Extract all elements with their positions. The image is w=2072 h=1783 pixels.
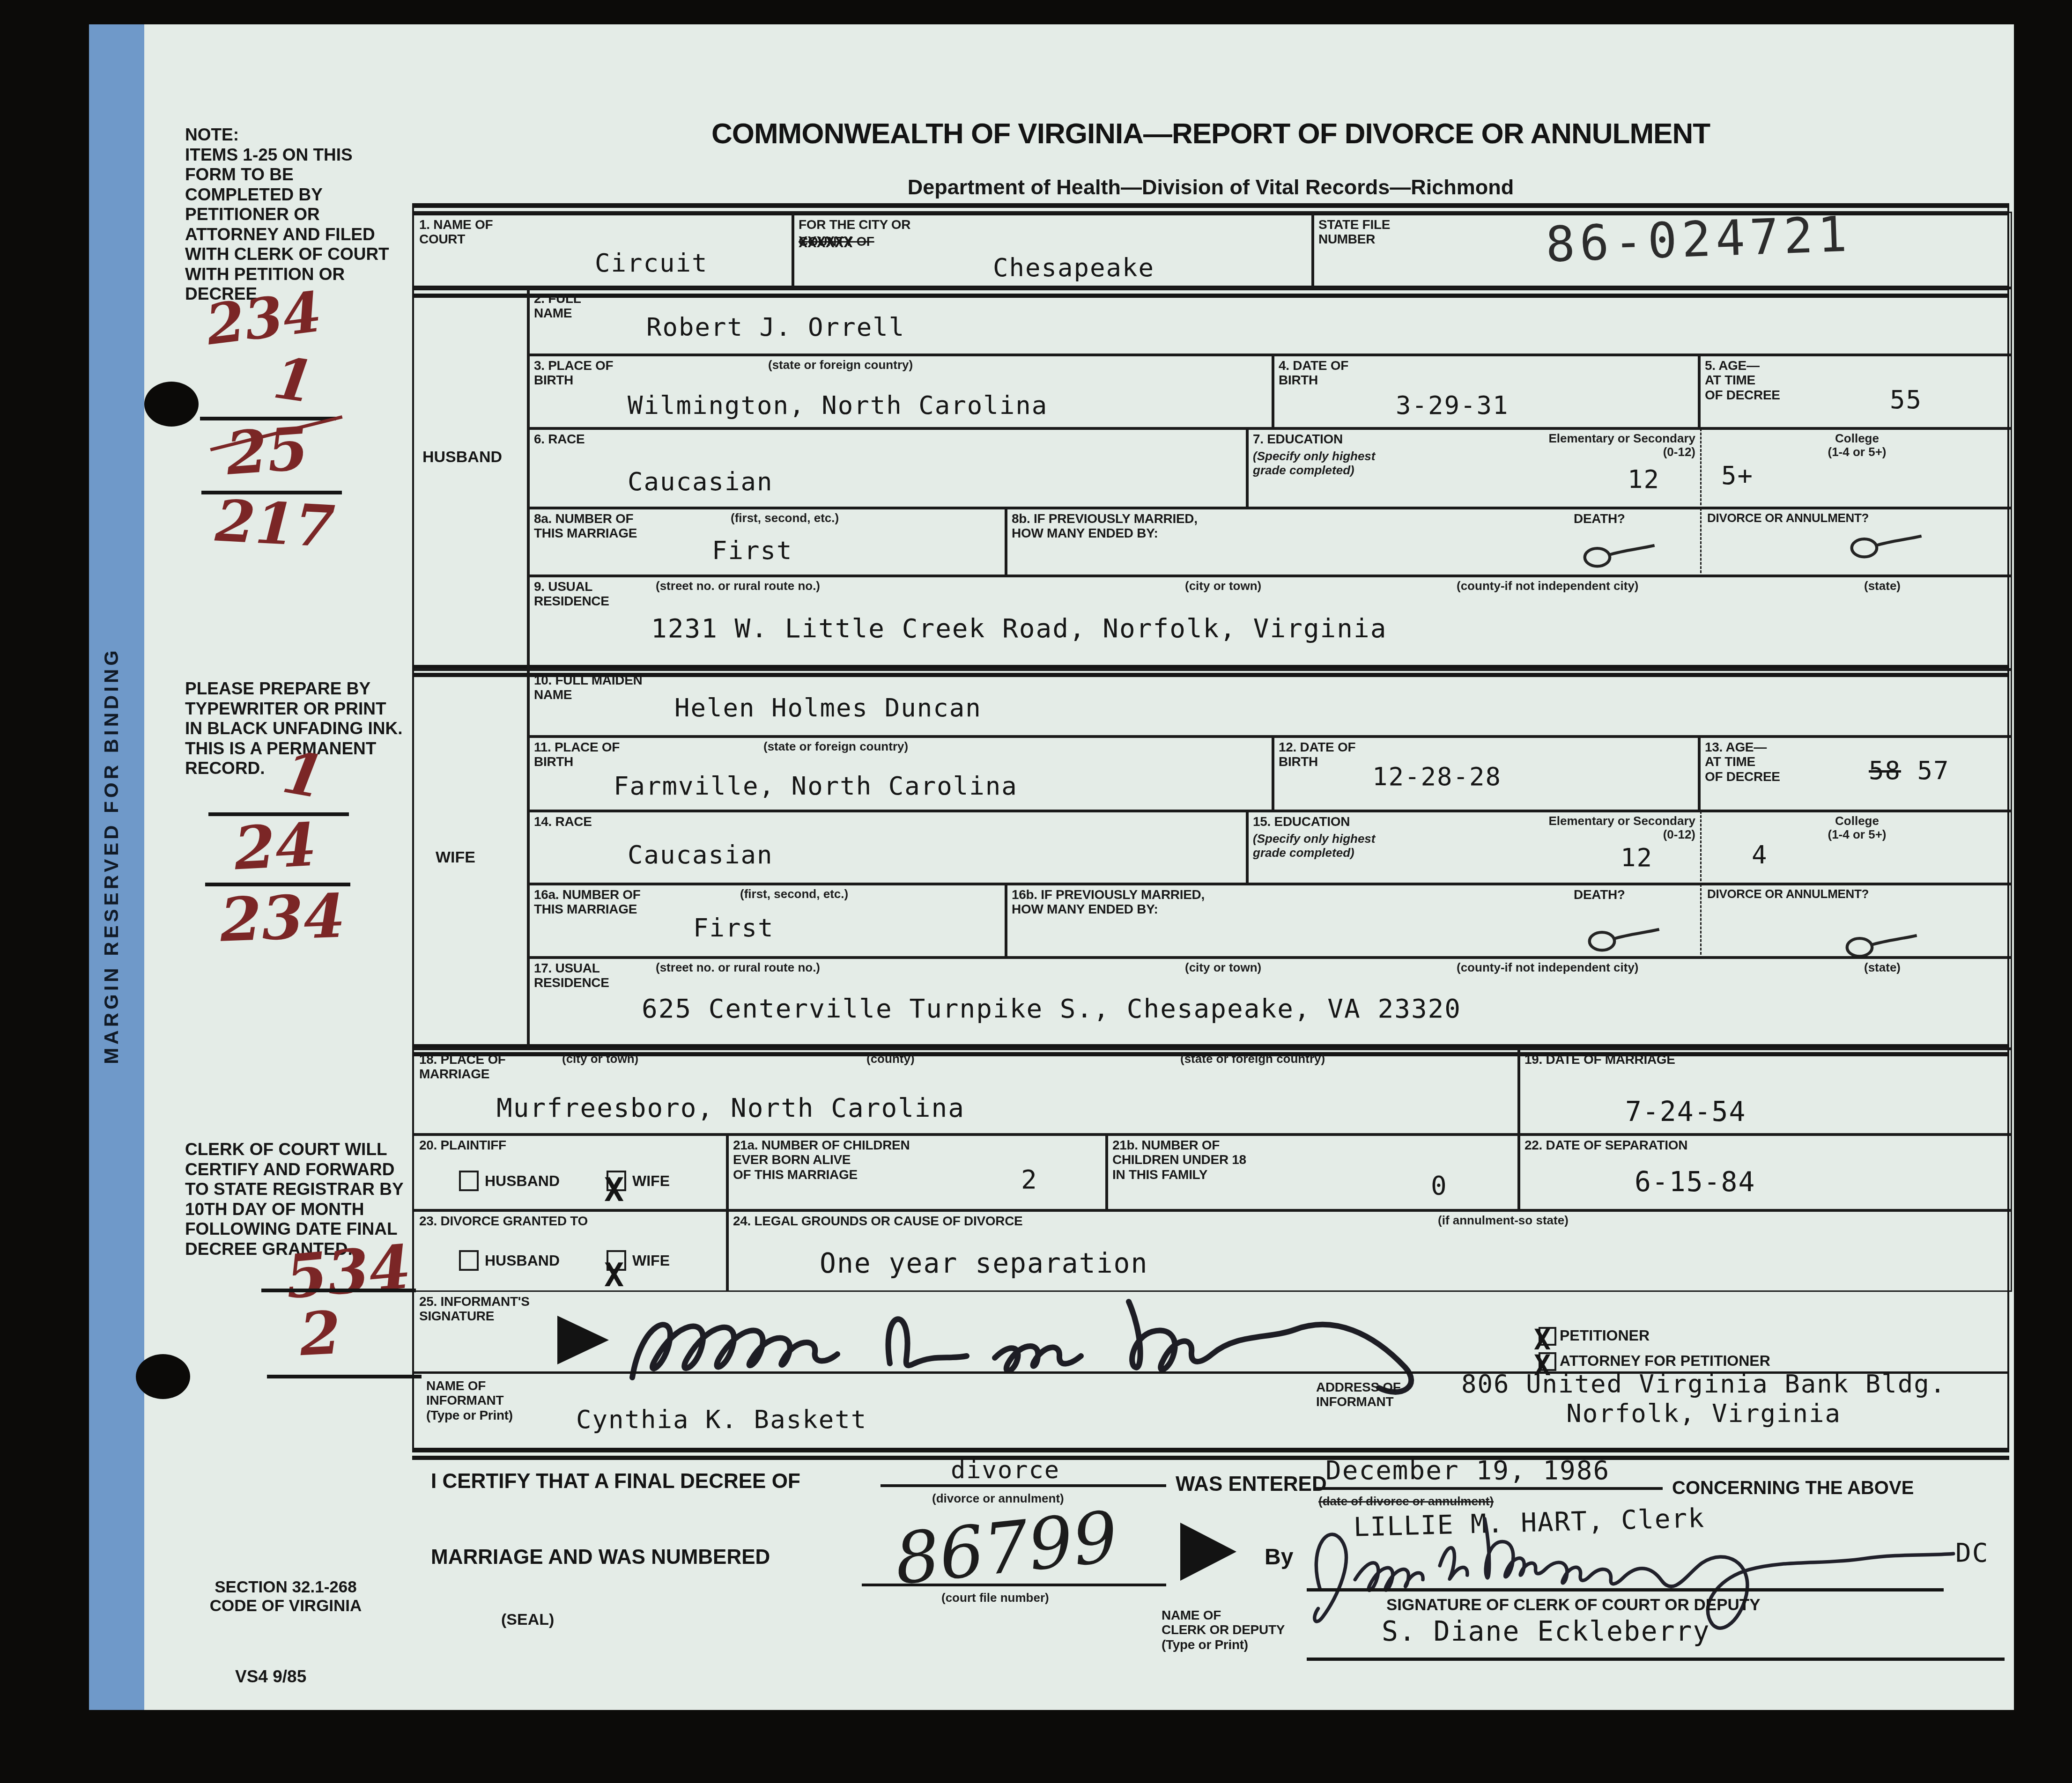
punch-hole-top [144, 382, 199, 427]
seal-label: (SEAL) [501, 1611, 554, 1629]
field-caption: (street no. or rural route no.) [656, 961, 820, 974]
field-caption: (Specify only highest grade completed) [1253, 832, 1376, 860]
handwritten-zero-divorce-wife [1841, 927, 1920, 960]
wife-elementary-value: 12 [1621, 843, 1653, 872]
margin-note-top: NOTE: ITEMS 1-25 ON THIS FORM TO BE COMP… [185, 125, 400, 304]
death-label: DEATH? [1574, 887, 1625, 902]
decree-underline [881, 1484, 1166, 1487]
field-caption: (if annulment-so state) [1438, 1214, 1569, 1227]
field-label: 19. DATE OF MARRIAGE [1524, 1052, 1675, 1067]
clerk-signature-underline [1307, 1588, 1944, 1591]
wife-race-value: Caucasian [628, 840, 773, 869]
field-label: 1. NAME OF COURT [419, 217, 493, 247]
field-label: 3. PLACE OF BIRTH [534, 358, 613, 388]
margin-red-25: 25 [224, 422, 310, 480]
education-divider [1700, 811, 1702, 881]
wife-age-value: 57 [1917, 756, 1950, 785]
binding-margin-label: MARGIN RESERVED FOR BINDING [100, 647, 123, 1064]
court-name-value: Circuit [595, 248, 708, 278]
husband-birthdate-value: 3-29-31 [1396, 390, 1509, 420]
field-label: 13. AGE— AT TIME OF DECREE [1705, 740, 1780, 784]
field-label: 5. AGE— AT TIME OF DECREE [1705, 358, 1780, 402]
field-caption: (county) [866, 1052, 915, 1066]
elementary-label: Elementary or Secondary (0-12) [1494, 432, 1695, 458]
form-title: COMMONWEALTH OF VIRGINIA—REPORT OF DIVOR… [412, 117, 2009, 150]
margin-red-217: 217 [214, 495, 336, 553]
field-label: 25. INFORMANT'S SIGNATURE [419, 1294, 530, 1324]
handwritten-zero-death-wife [1583, 921, 1663, 954]
dc-initials: DC [1955, 1538, 1989, 1568]
field-label: 9. USUAL RESIDENCE [534, 579, 609, 609]
certify-line1: I CERTIFY THAT A FINAL DECREE OF [431, 1470, 800, 1493]
husband-name-value: Robert J. Orrell [646, 312, 905, 342]
field-caption: (state or foreign country) [1180, 1052, 1325, 1066]
wife-college-value: 4 [1752, 840, 1768, 869]
field-label: 20. PLAINTIFF [419, 1138, 506, 1152]
prev-marriage-divider [1700, 508, 1702, 573]
handwritten-zero-divorce-husband [1845, 528, 1925, 560]
margin-red-1-top: 1 [271, 352, 317, 409]
field-label: 16a. NUMBER OF THIS MARRIAGE [534, 887, 641, 917]
field-label: 2. FULL NAME [534, 291, 581, 321]
margin-rule [261, 1289, 416, 1292]
date-of-separation-value: 6-15-84 [1635, 1166, 1755, 1198]
husband-race-value: Caucasian [628, 467, 773, 496]
clerk-name-label: NAME OF CLERK OR DEPUTY (Type or Print) [1162, 1608, 1285, 1652]
field-label: 10. FULL MAIDEN NAME [534, 673, 642, 702]
double-rule [412, 1448, 2009, 1460]
education-divider [1700, 428, 1702, 505]
handwritten-zero-death-husband [1578, 537, 1658, 570]
husband-college-value: 5+ [1721, 461, 1754, 490]
field-label: 23. DIVORCE GRANTED TO [419, 1214, 588, 1228]
margin-red-24: 24 [233, 818, 318, 875]
plaintiff-wife-xmark: X [604, 1171, 624, 1209]
clerk-name-underline [1307, 1658, 2005, 1661]
informant-name-label: NAME OF INFORMANT (Type or Print) [426, 1378, 513, 1422]
form-paper: MARGIN RESERVED FOR BINDING NOTE: ITEMS … [89, 24, 2014, 1710]
divorce-annulment-label: DIVORCE OR ANNULMENT? [1707, 511, 1869, 525]
granted-wife-label: WIFE [632, 1252, 670, 1269]
husband-age-value: 55 [1890, 385, 1922, 414]
children-born-value: 2 [1021, 1164, 1038, 1195]
field-label: 12. DATE OF BIRTH [1279, 740, 1355, 769]
legal-grounds-value: One year separation [820, 1247, 1148, 1279]
field-caption: (state or foreign country) [768, 358, 913, 372]
field-caption: (city or town) [1185, 961, 1261, 974]
husband-residence-value: 1231 W. Little Creek Road, Norfolk, Virg… [651, 613, 1387, 644]
divorce-annulment-label: DIVORCE OR ANNULMENT? [1707, 887, 1869, 901]
field-label: 8b. IF PREVIOUSLY MARRIED, HOW MANY ENDE… [1012, 511, 1198, 541]
attorney-label: ATTORNEY FOR PETITIONER [1560, 1352, 1770, 1370]
wife-residence-value: 625 Centerville Turnpike S., Chesapeake,… [642, 994, 1461, 1024]
granted-husband-label: HUSBAND [485, 1252, 560, 1269]
college-label: College (1-4 or 5+) [1709, 432, 2005, 458]
children-under18-value: 0 [1431, 1171, 1448, 1201]
margin-red-534: 534 [283, 1240, 413, 1305]
field-caption: (county-if not independent city) [1457, 579, 1639, 593]
field-label: 17. USUAL RESIDENCE [534, 961, 609, 990]
field-caption: (city or town) [562, 1052, 638, 1066]
field-caption: (first, second, etc.) [740, 887, 848, 901]
field-caption: (city or town) [1185, 579, 1261, 593]
field-label: 16b. IF PREVIOUSLY MARRIED, HOW MANY END… [1012, 887, 1205, 917]
informant-address-label: ADDRESS OF INFORMANT [1316, 1380, 1401, 1409]
wife-birthdate-value: 12-28-28 [1372, 762, 1502, 791]
field-label: 14. RACE [534, 814, 592, 829]
by-arrow-icon [1180, 1523, 1236, 1581]
signature-arrow-icon [557, 1316, 609, 1364]
field-caption: (street no. or rural route no.) [656, 579, 820, 593]
granted-husband-checkbox [459, 1250, 479, 1271]
informant-name-value: Cynthia K. Baskett [576, 1405, 867, 1434]
city-value: Chesapeake [993, 253, 1154, 282]
field-label: 11. PLACE OF BIRTH [534, 740, 620, 769]
husband-marriage-number-value: First [712, 536, 793, 565]
field-label: 24. LEGAL GROUNDS OR CAUSE OF DIVORCE [733, 1214, 1022, 1228]
husband-section-label: HUSBAND [422, 448, 502, 466]
prev-marriage-divider [1700, 884, 1702, 955]
cell-husband-label [412, 287, 530, 671]
margin-section-ref: SECTION 32.1-268 CODE OF VIRGINIA [197, 1578, 375, 1616]
court-file-number-value: 86799 [891, 1502, 1121, 1595]
margin-red-2: 2 [298, 1306, 342, 1362]
decree-type-value: divorce [951, 1456, 1060, 1484]
husband-elementary-value: 12 [1628, 464, 1660, 494]
field-label: 6. RACE [534, 432, 585, 446]
date-of-marriage-value: 7-24-54 [1625, 1096, 1746, 1127]
field-caption: (county-if not independent city) [1457, 961, 1639, 974]
clerk-name-value: S. Diane Eckleberry [1382, 1615, 1710, 1647]
margin-red-234-top: 234 [203, 287, 324, 350]
county-of-overstrike: XXXXXX [799, 234, 853, 251]
field-label: 21a. NUMBER OF CHILDREN EVER BORN ALIVE … [733, 1138, 910, 1182]
certify-line2: MARRIAGE AND WAS NUMBERED [431, 1546, 770, 1569]
plaintiff-wife-label: WIFE [632, 1172, 670, 1190]
margin-rule [267, 1375, 422, 1378]
wife-section-label: WIFE [436, 848, 475, 867]
field-caption: (first, second, etc.) [731, 511, 839, 525]
field-label: 18. PLACE OF MARRIAGE [419, 1052, 506, 1082]
petitioner-label: PETITIONER [1560, 1327, 1650, 1344]
field-caption: (state) [1864, 961, 1901, 974]
wife-name-value: Helen Holmes Duncan [674, 693, 982, 722]
plaintiff-husband-checkbox [459, 1171, 479, 1191]
plaintiff-husband-label: HUSBAND [485, 1172, 560, 1190]
scanned-divorce-report: MARGIN RESERVED FOR BINDING NOTE: ITEMS … [0, 0, 2072, 1783]
wife-age-struck: 58 [1869, 756, 1901, 785]
field-label: 8a. NUMBER OF THIS MARRIAGE [534, 511, 637, 541]
field-label: STATE FILE NUMBER [1318, 217, 1390, 247]
husband-birthplace-value: Wilmington, North Carolina [628, 390, 1048, 420]
death-label: DEATH? [1574, 511, 1625, 526]
clerk-signature-caption: SIGNATURE OF CLERK OF COURT OR DEPUTY [1386, 1596, 1761, 1614]
punch-hole-bottom [136, 1354, 190, 1399]
form-right-edge [2007, 208, 2009, 1451]
file-number-underline [862, 1584, 1166, 1586]
form-left-edge [412, 208, 414, 1451]
margin-form-code: VS4 9/85 [235, 1667, 306, 1687]
field-caption: (state or foreign country) [763, 740, 908, 753]
place-of-marriage-value: Murfreesboro, North Carolina [496, 1093, 965, 1123]
field-label: 4. DATE OF BIRTH [1279, 358, 1348, 388]
field-caption: (state) [1864, 579, 1901, 593]
wife-marriage-number-value: First [693, 913, 774, 943]
informant-address-value: 806 United Virginia Bank Bldg. Norfolk, … [1461, 1369, 1946, 1428]
margin-red-1-mid: 1 [279, 746, 328, 804]
form-subtitle: Department of Health—Division of Vital R… [412, 175, 2009, 199]
field-label: 15. EDUCATION [1253, 814, 1350, 829]
field-label: 21b. NUMBER OF CHILDREN UNDER 18 IN THIS… [1112, 1138, 1246, 1182]
wife-birthplace-value: Farmville, North Carolina [614, 771, 1018, 801]
field-label: FOR THE CITY OR [799, 217, 910, 232]
field-label: 22. DATE OF SEPARATION [1524, 1138, 1687, 1152]
margin-red-234-mid: 234 [219, 889, 346, 947]
binding-stripe: MARGIN RESERVED FOR BINDING [89, 24, 144, 1710]
elementary-label: Elementary or Secondary (0-12) [1494, 814, 1695, 841]
field-caption: (Specify only highest grade completed) [1253, 449, 1376, 478]
college-label: College (1-4 or 5+) [1709, 814, 2005, 841]
field-label: 7. EDUCATION [1253, 432, 1343, 446]
state-file-number-value: 86-024721 [1545, 206, 1852, 273]
decree-date-value: December 19, 1986 [1325, 1455, 1610, 1486]
file-number-caption: (court file number) [941, 1591, 1049, 1605]
